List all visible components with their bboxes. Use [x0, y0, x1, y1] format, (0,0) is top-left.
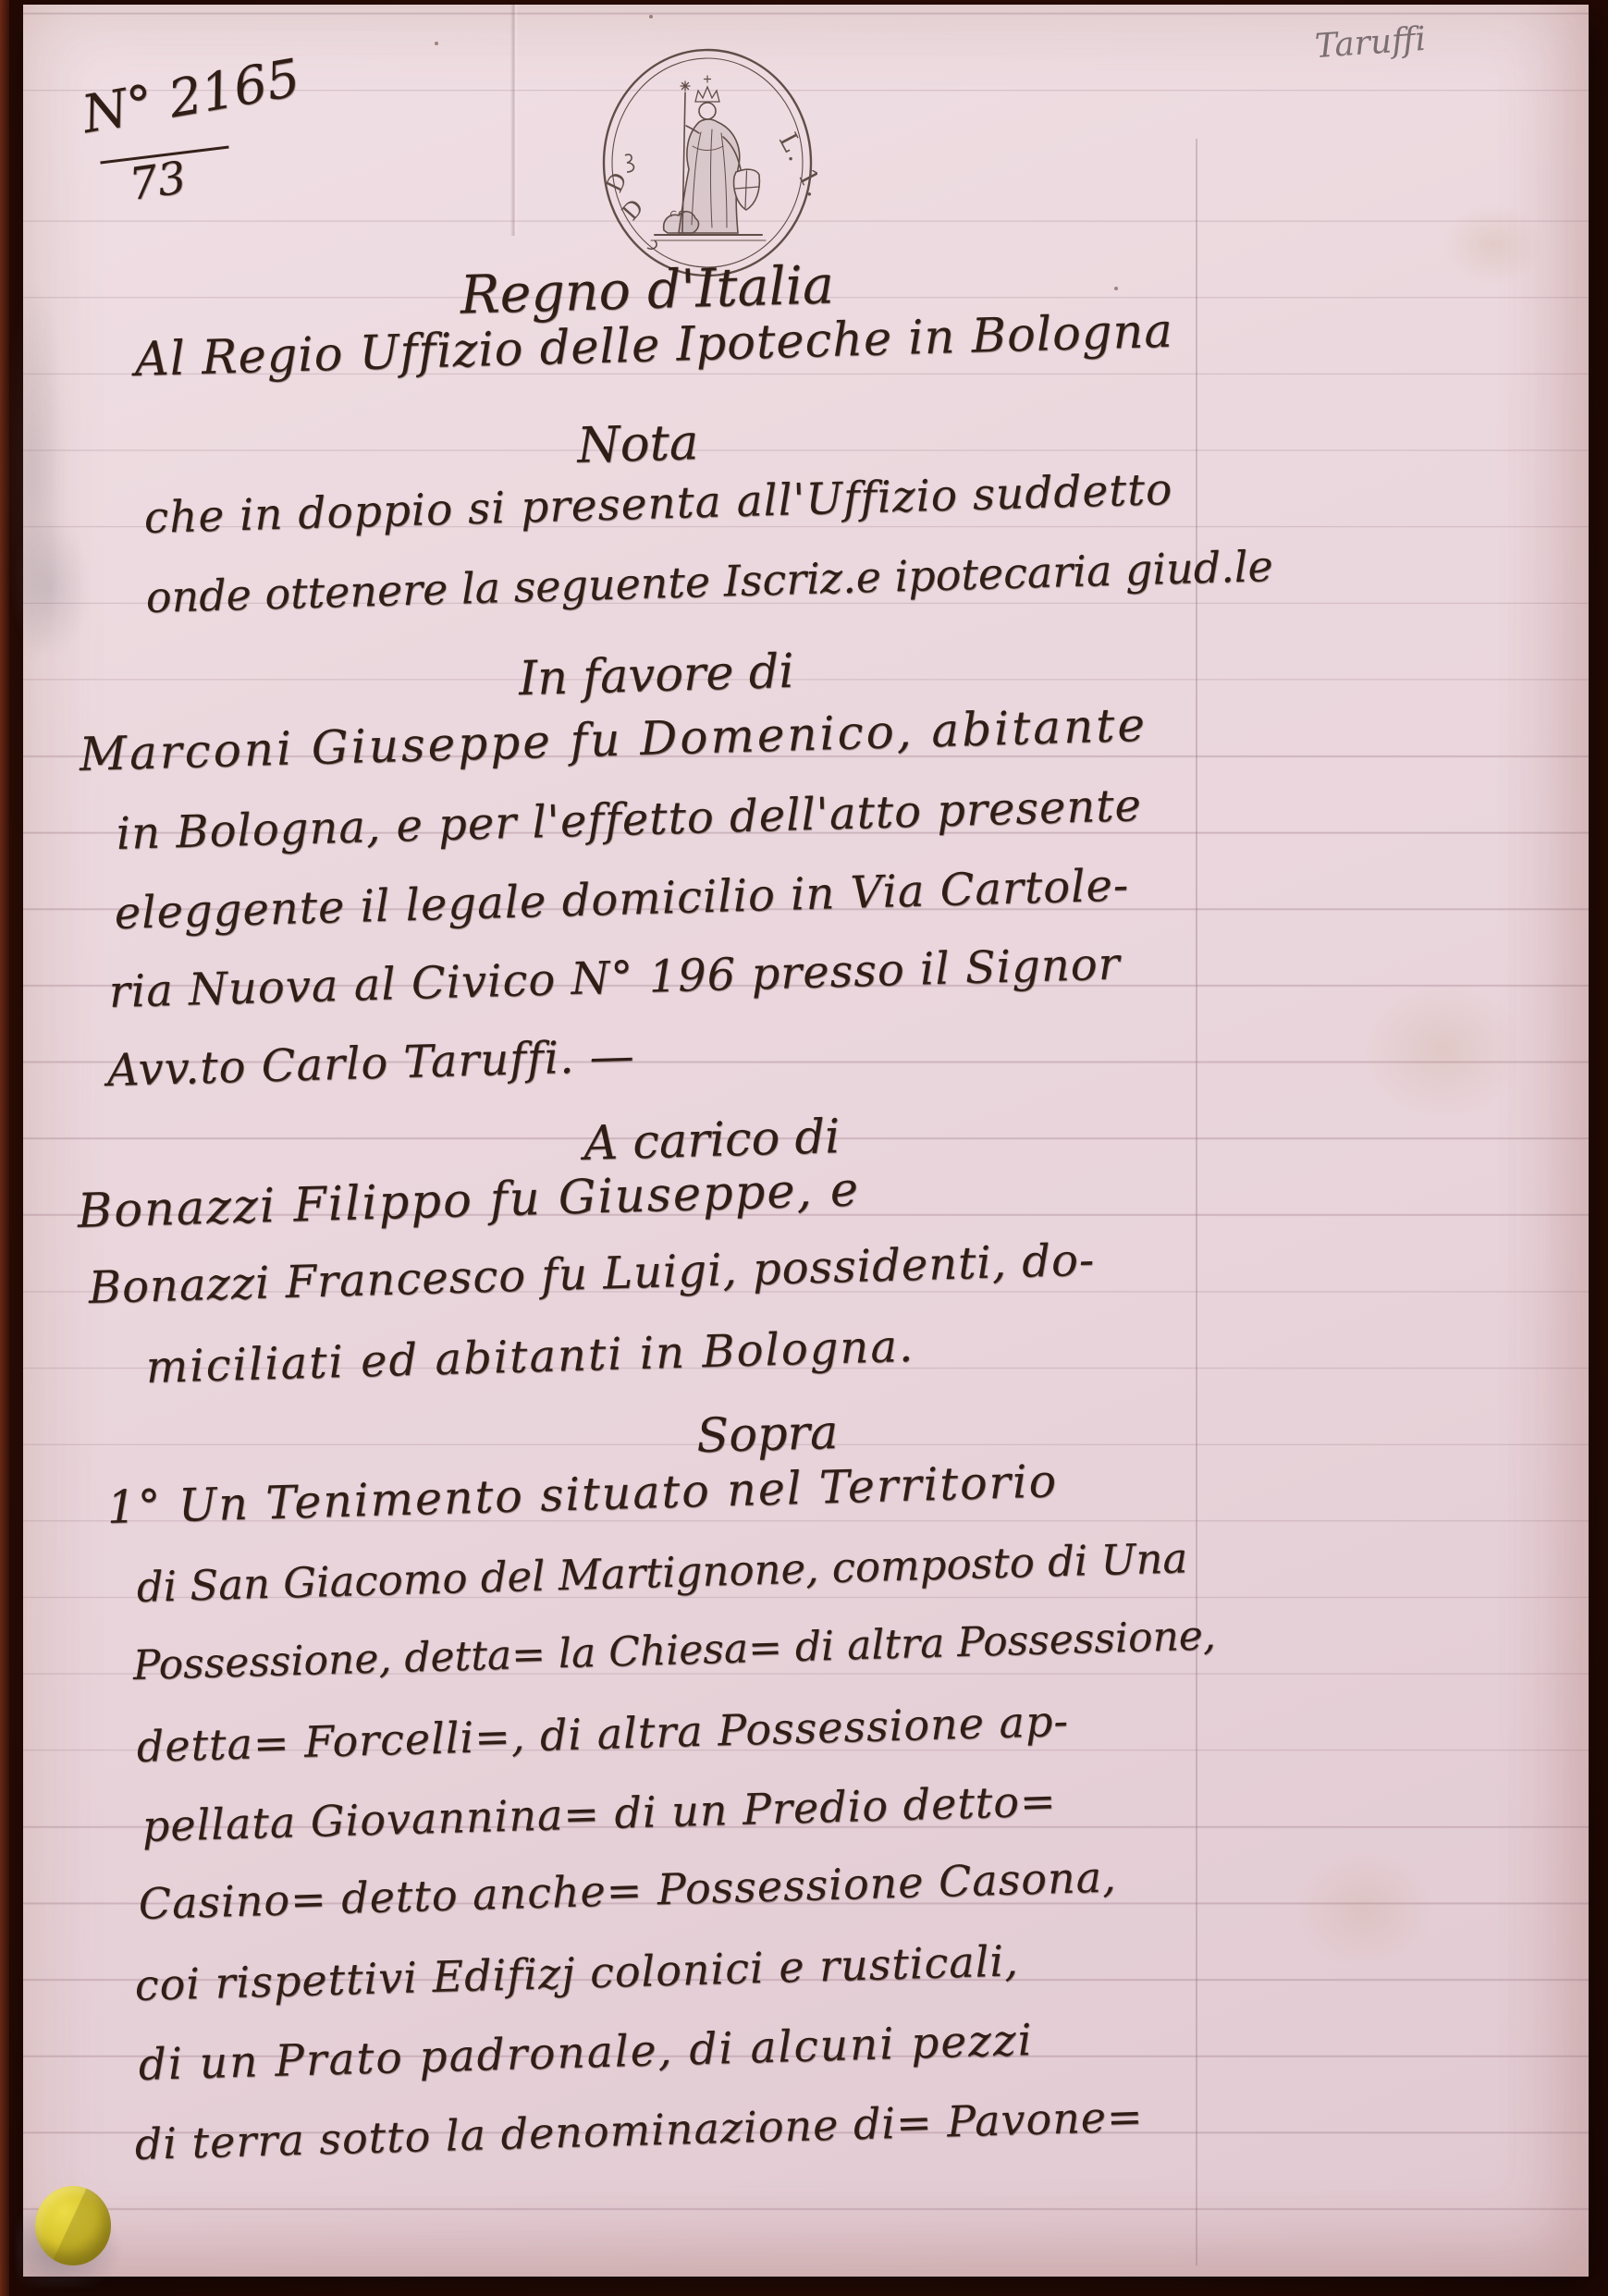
- ink-speck: [435, 42, 438, 45]
- registry-year: 73: [126, 152, 189, 211]
- wax-wafer-seal: [35, 2186, 111, 2265]
- ink-speck: [1114, 287, 1118, 290]
- paper-crease: [510, 5, 518, 236]
- ink-speck: [649, 15, 653, 18]
- nota-heading: Nota: [498, 414, 778, 476]
- revenue-stamp-icon: D D L. 1.: [597, 44, 817, 281]
- photo-left-edge: [0, 0, 9, 2296]
- stamp-value: L. 1.: [773, 129, 817, 204]
- margin-rule: [1196, 139, 1197, 2265]
- in-favore-heading: In favore di: [461, 645, 851, 707]
- stamp-letter: D: [617, 194, 649, 226]
- document-photo: N° 2165 73 Taruffi: [0, 0, 1608, 2296]
- pencil-note: Taruffi: [1314, 20, 1428, 66]
- sopra-heading: Sopra: [600, 1405, 934, 1466]
